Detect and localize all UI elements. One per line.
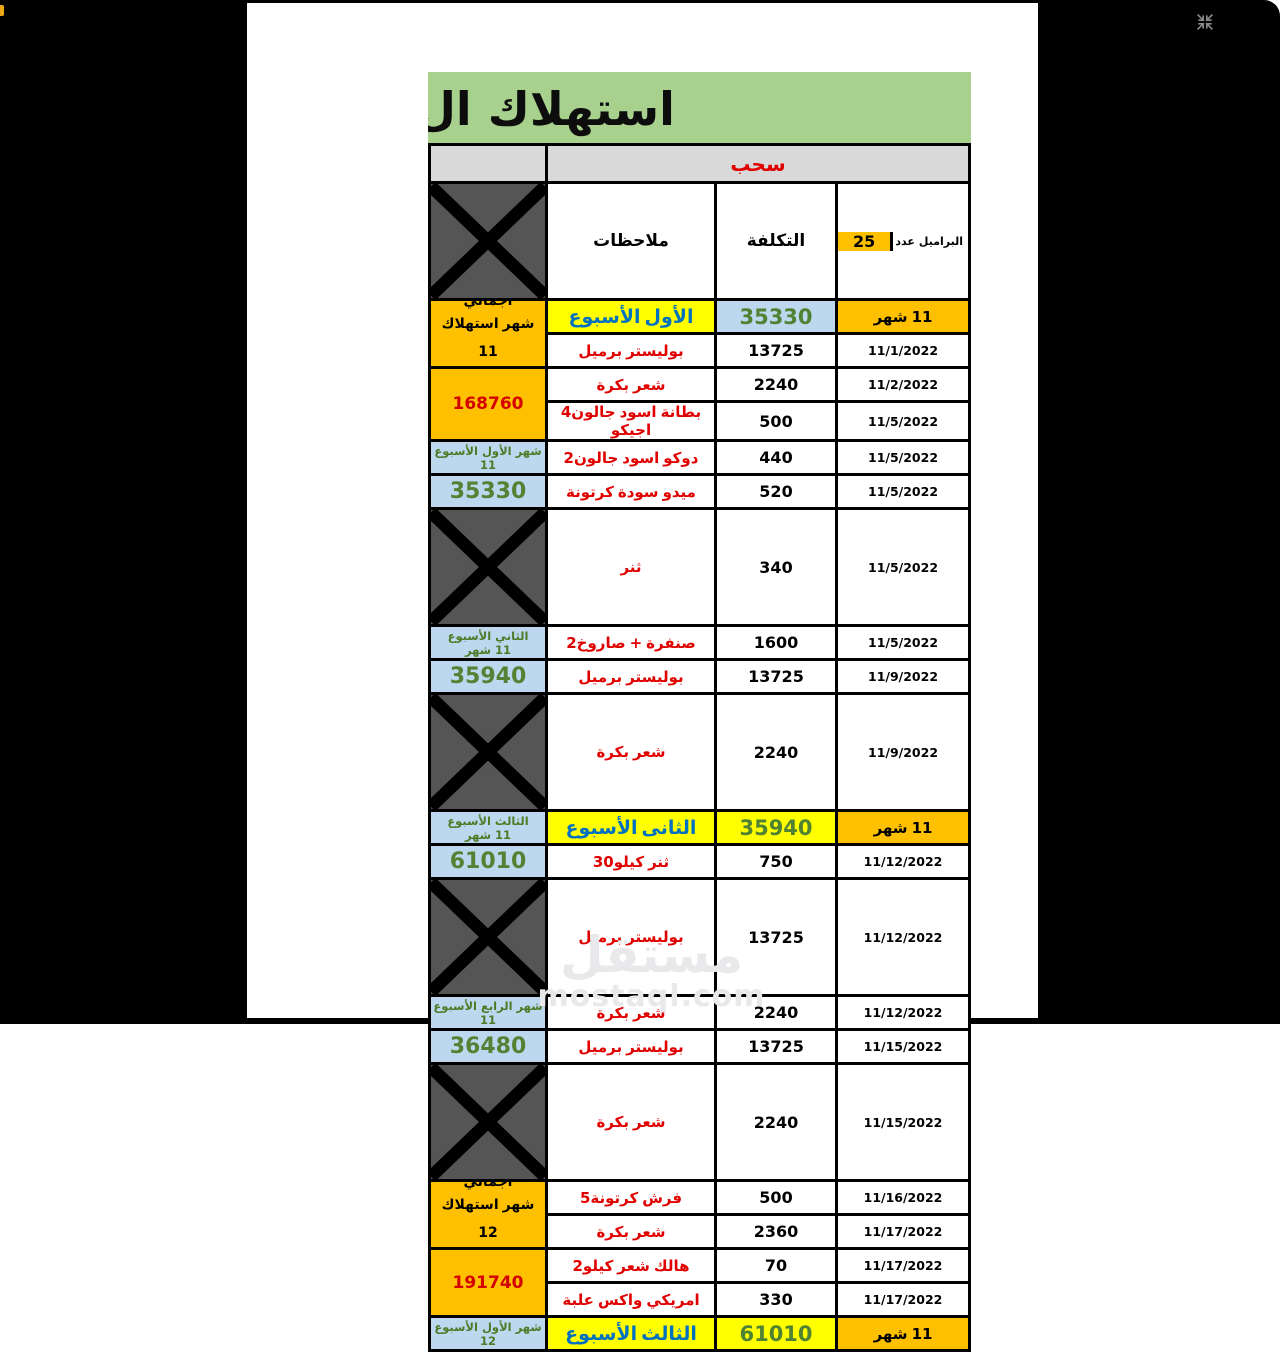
item-date-cell: 11/9/2022 bbox=[837, 694, 970, 811]
item-cost-cell: 750 bbox=[716, 845, 837, 879]
exit-fullscreen-icon[interactable] bbox=[1196, 13, 1214, 31]
watermark: مستقل mostaql.com bbox=[265, 929, 1038, 1013]
crossed-out-cell bbox=[430, 694, 547, 811]
item-note-cell: بكرةشعر bbox=[547, 694, 716, 811]
week-total-cell: 35940 bbox=[716, 811, 837, 845]
item-note-cell: كرتونةسودةميدو bbox=[547, 475, 716, 509]
item-note-cell: بكرةشعر bbox=[547, 368, 716, 402]
summary-week-label: الأسبوعالأولشهر11 bbox=[430, 441, 547, 475]
sahb-header-cell: سحب bbox=[547, 145, 970, 183]
week-month-cell: شهر11 bbox=[837, 300, 970, 334]
notes-header-cell: ملاحظات bbox=[547, 183, 716, 300]
summary-week-value: 61010 bbox=[430, 845, 547, 879]
item-cost-cell: 2240 bbox=[716, 694, 837, 811]
summary-week-label: الأسبوعالثالثشهر11 bbox=[430, 811, 547, 845]
item-cost-cell: 13725 bbox=[716, 660, 837, 694]
summary-week-label: الأسبوعالثانيشهر11 bbox=[430, 626, 547, 660]
barrels-header-cell: 25عددالبراميل bbox=[837, 183, 970, 300]
week-total-cell: 35330 bbox=[716, 300, 837, 334]
item-date-cell: 11/5/2022 bbox=[837, 441, 970, 475]
consumption-table: سحبملاحظاتالتكلفة25عددالبراميلاجمالياسته… bbox=[428, 143, 971, 1024]
item-cost-cell: 13725 bbox=[716, 334, 837, 368]
watermark-logo: مستقل bbox=[265, 929, 1038, 981]
item-cost-cell: 500 bbox=[716, 402, 837, 441]
summary-week-value: 35940 bbox=[430, 660, 547, 694]
item-cost-cell: 520 bbox=[716, 475, 837, 509]
summary-week-value: 35330 bbox=[430, 475, 547, 509]
watermark-site: mostaql.com bbox=[265, 981, 1038, 1013]
item-note-cell: 30كيلوثنر bbox=[547, 845, 716, 879]
item-date-cell: 11/5/2022 bbox=[837, 509, 970, 626]
left-edge-accent bbox=[0, 5, 4, 16]
document-page: استهلاك ال سحبملاحظاتالتكلفة25عددالبرامي… bbox=[247, 3, 1038, 1018]
barrels-count: 25 bbox=[838, 232, 893, 251]
item-date-cell: 11/5/2022 bbox=[837, 402, 970, 441]
item-cost-cell: 440 bbox=[716, 441, 837, 475]
item-date-cell: 11/2/2022 bbox=[837, 368, 970, 402]
item-date-cell: 11/5/2022 bbox=[837, 626, 970, 660]
item-cost-cell: 340 bbox=[716, 509, 837, 626]
week-title-cell: الأسبوعالأول bbox=[547, 300, 716, 334]
item-note-cell: برميلبوليستر bbox=[547, 660, 716, 694]
week-month-cell: شهر11 bbox=[837, 811, 970, 845]
item-date-cell: 11/12/2022 bbox=[837, 845, 970, 879]
item-note-cell: 2جالوناسوددوكو bbox=[547, 441, 716, 475]
item-note-cell: ثنر bbox=[547, 509, 716, 626]
crossed-out-cell bbox=[430, 509, 547, 626]
item-note-cell: 2صاروخ+صنفرة bbox=[547, 626, 716, 660]
barrels-label: عددالبراميل bbox=[893, 232, 968, 251]
item-note-cell: 4جالوناسودبطانةاجيكو bbox=[547, 402, 716, 441]
summary-empty-cell bbox=[430, 145, 547, 183]
title-banner: استهلاك ال bbox=[428, 72, 971, 143]
item-note-cell: برميلبوليستر bbox=[547, 334, 716, 368]
summary-month-total-value: 168760 bbox=[430, 368, 547, 441]
summary-month-total-label: اجمالياستهلاكشهر11 bbox=[430, 300, 547, 368]
crossed-out-cell bbox=[430, 183, 547, 300]
item-cost-cell: 1600 bbox=[716, 626, 837, 660]
cost-header-cell: التكلفة bbox=[716, 183, 837, 300]
week-title-cell: الأسبوعالثانى bbox=[547, 811, 716, 845]
item-cost-cell: 2240 bbox=[716, 368, 837, 402]
item-date-cell: 11/5/2022 bbox=[837, 475, 970, 509]
item-date-cell: 11/1/2022 bbox=[837, 334, 970, 368]
document-title: استهلاك ال bbox=[428, 72, 675, 143]
item-date-cell: 11/9/2022 bbox=[837, 660, 970, 694]
